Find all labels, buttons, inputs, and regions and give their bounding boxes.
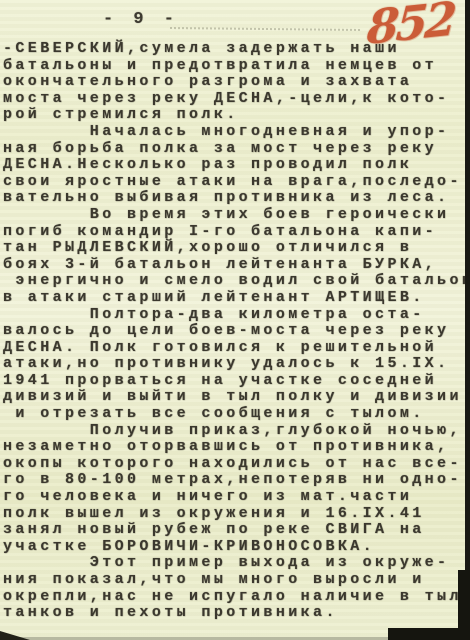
document-line: рой стремился полк. bbox=[3, 107, 470, 124]
document-line: тан РЫДЛЕВСКИЙ,хорошо отличился в bbox=[3, 240, 470, 257]
scan-smudge-line bbox=[170, 27, 360, 31]
scan-edge-right bbox=[465, 0, 470, 640]
document-line: 1941 прорваться на участке соседней bbox=[3, 373, 470, 390]
document-line: участке БОРОВИЧИ-КРИВОНОСОВКА. bbox=[3, 539, 470, 556]
document-line: полк вышел из окружения и 16.IX.41 bbox=[3, 506, 470, 523]
document-line: танков и пехоты противника. bbox=[3, 605, 470, 622]
document-line: в атаки старший лейтенант АРТИЩЕВ. bbox=[3, 290, 470, 307]
document-line: ная борьба полка за мост через реку bbox=[3, 141, 470, 158]
document-line: окончательного разгрома и захвата bbox=[3, 74, 470, 91]
document-line: моста через реку ДЕСНА,-цели,к кото- bbox=[3, 91, 470, 108]
document-line: ДЕСНА. Полк готовился к решительной bbox=[3, 340, 470, 357]
document-line: Началась многодневная и упор- bbox=[3, 124, 470, 141]
document-line: незаметно оторвавшись от противника, bbox=[3, 439, 470, 456]
scanned-document-page: - 9 - 852 -СЕВЕРСКИЙ,сумела задержать на… bbox=[0, 0, 470, 640]
document-line: ния показал,что мы много выросли и bbox=[3, 572, 470, 589]
document-line: го в 80-100 метрах,непотеряв ни одно- bbox=[3, 472, 470, 489]
document-line: дивизий и выйти в тыл полку и дивизии bbox=[3, 389, 470, 406]
document-line: валось до цели боев-моста через реку bbox=[3, 323, 470, 340]
scan-corner-bottom-right-vertical bbox=[458, 570, 470, 640]
document-line: погиб командир I-го батальона капи- bbox=[3, 224, 470, 241]
document-line: окрепли,нас не испугало наличие в тылу bbox=[3, 589, 470, 606]
document-line: батальоны и предотвратила немцев от bbox=[3, 58, 470, 75]
document-line: Получив приказ,глубокой ночью, bbox=[3, 423, 470, 440]
document-line: окопы которого находились от нас все- bbox=[3, 456, 470, 473]
document-line: Этот пример выхода из окруже- bbox=[3, 555, 470, 572]
scan-corner-bottom-left bbox=[0, 631, 30, 640]
document-line: занял новый рубеж по реке СВИГА на bbox=[3, 522, 470, 539]
document-line: боях 3-й батальон лейтенанта БУРКА, bbox=[3, 257, 470, 274]
document-line: атаки,но противнику удалось к 15.IX. bbox=[3, 356, 470, 373]
document-line: и отрезать все сообщения с тылом. bbox=[3, 406, 470, 423]
document-line: -СЕВЕРСКИЙ,сумела задержать наши bbox=[3, 41, 470, 58]
document-line: свои яростные атаки на врага,последо- bbox=[3, 174, 470, 191]
document-line: Во время этих боев героически bbox=[3, 207, 470, 224]
document-line: вательно выбивая противника из леса. bbox=[3, 190, 470, 207]
document-line: го человека и ничего из мат.части bbox=[3, 489, 470, 506]
document-line: ДЕСНА.Несколько раз проводил полк bbox=[3, 157, 470, 174]
document-line: энергично и смело водил свой батальон bbox=[3, 273, 470, 290]
document-text: -СЕВЕРСКИЙ,сумела задержать наши батальо… bbox=[3, 41, 470, 622]
document-line: Полтора-два километра оста- bbox=[3, 307, 470, 324]
page-number: - 9 - bbox=[103, 10, 179, 29]
